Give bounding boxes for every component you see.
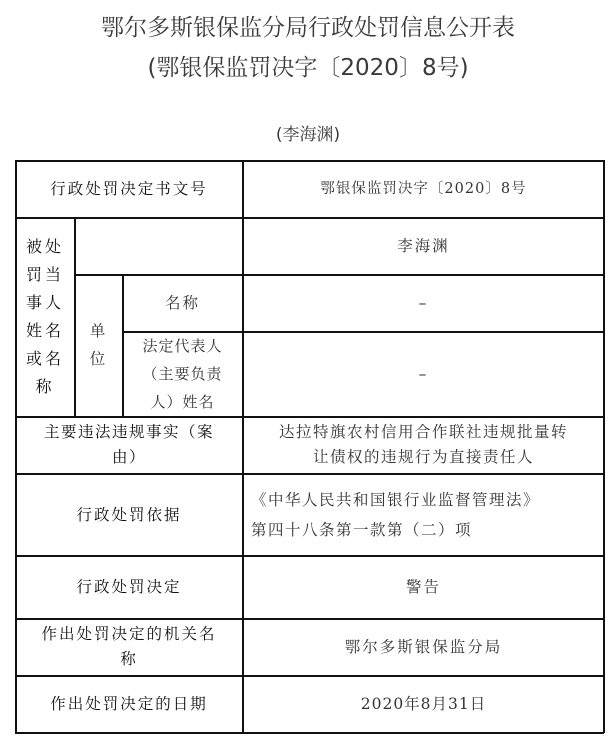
label-unit-name: 名称 (122, 274, 243, 332)
label-line: 事人 (26, 289, 64, 317)
value-line: 达拉特旗农村信用合作联社违规批量转 (279, 420, 568, 445)
label-line: 由） (112, 445, 146, 470)
label-line: （主要负责 (142, 360, 222, 388)
label-line: 作出处罚决定的机关名 (41, 622, 216, 647)
page-title-doc-number: (鄂银保监罚决字〔2020〕8号) (0, 53, 616, 83)
value-line: 《中华人民共和国银行业监督管理法》 (251, 485, 540, 515)
label-line: 位 (90, 345, 108, 373)
label-unit: 单 位 (74, 274, 123, 416)
label-legal-representative: 法定代表人 （主要负责 人）姓名 (122, 331, 243, 417)
label-line: 罚当 (26, 261, 64, 289)
value-decision-date: 2020年8月31日 (243, 675, 604, 733)
value-penalty-decision: 警告 (243, 555, 604, 619)
label-decision-doc-number: 行政处罚决定书文号 (15, 160, 243, 218)
page-title: 鄂尔多斯银保监分局行政处罚信息公开表 (0, 13, 616, 43)
value-penalty-basis: 《中华人民共和国银行业监督管理法》 第四十八条第一款第（二）项 (243, 473, 604, 556)
label-penalty-basis: 行政处罚依据 (15, 473, 243, 556)
value-unit-name: – (243, 274, 604, 332)
penalty-info-table: 行政处罚决定书文号 鄂银保监罚决字〔2020〕8号 被处 罚当 事人 姓名 或名… (15, 160, 604, 733)
value-violation-facts: 达拉特旗农村信用合作联社违规批量转 让债权的违规行为直接责任人 (243, 416, 604, 474)
label-penalized-party: 被处 罚当 事人 姓名 或名 称 (15, 217, 75, 417)
label-line: 主要违法违规事实（案 (44, 420, 214, 445)
label-penalty-decision: 行政处罚决定 (15, 555, 243, 619)
label-issuing-authority: 作出处罚决定的机关名 称 (15, 618, 243, 676)
label-line: 被处 (26, 233, 64, 261)
label-line: 法定代表人 (142, 332, 222, 360)
label-line: 称 (120, 647, 138, 672)
value-issuing-authority: 鄂尔多斯银保监分局 (243, 618, 604, 676)
value-legal-representative: – (243, 331, 604, 417)
value-decision-doc-number: 鄂银保监罚决字〔2020〕8号 (243, 160, 604, 218)
value-line: 第四十八条第一款第（二）项 (251, 515, 472, 545)
label-line: 姓名 (26, 317, 64, 345)
label-line: 单 (90, 317, 108, 345)
page-subtitle-party-name: (李海渊) (0, 123, 616, 147)
label-line: 或名 (26, 345, 64, 373)
label-line: 称 (35, 373, 54, 401)
value-individual-name: 李海渊 (243, 217, 604, 275)
value-line: 让债权的违规行为直接责任人 (313, 445, 534, 470)
label-violation-facts: 主要违法违规事实（案 由） (15, 416, 243, 474)
label-line: 人）姓名 (150, 388, 214, 416)
label-decision-date: 作出处罚决定的日期 (15, 675, 243, 733)
